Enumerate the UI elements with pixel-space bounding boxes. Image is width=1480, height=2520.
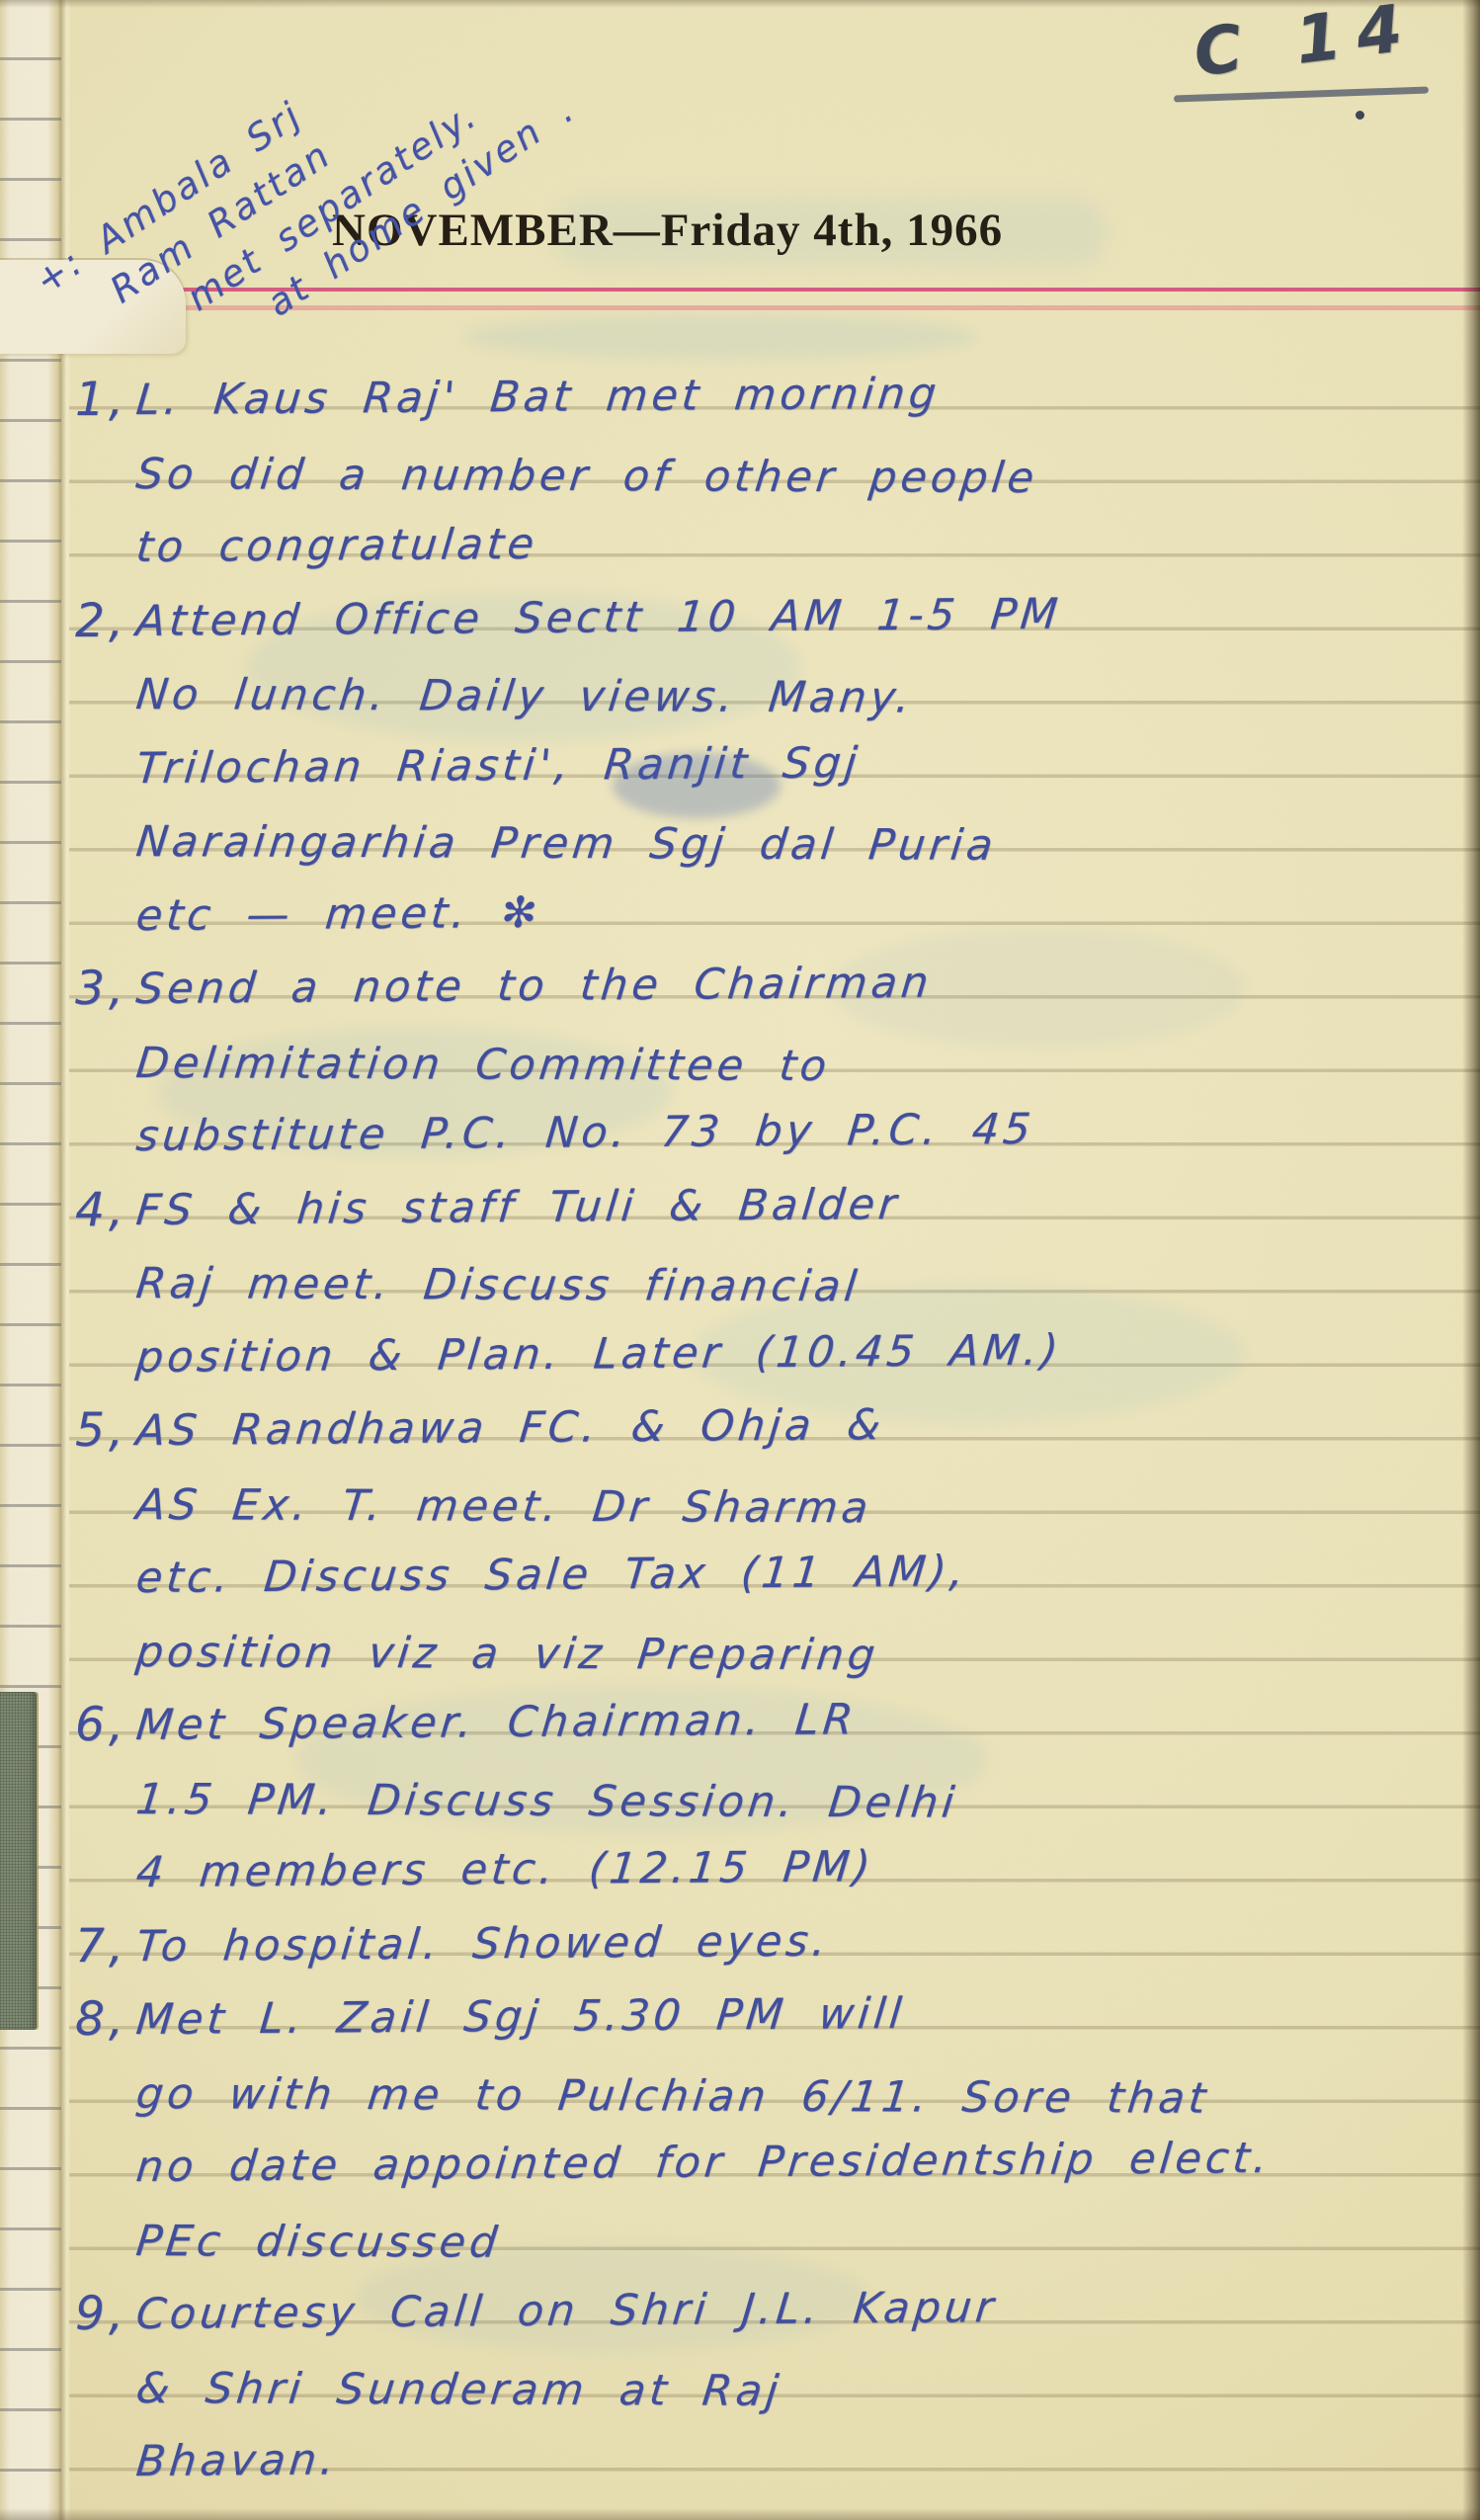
entry-lines: FS & his staff Tuli & BalderRaj meet. Di… xyxy=(136,1174,1470,1395)
handwritten-line: L. Kaus Raj' Bat met morning xyxy=(132,353,1473,437)
handwritten-line: Courtesy Call on Shri J.L. Kapur xyxy=(132,2267,1473,2351)
entry-lines: Met Speaker. Chairman. LR1.5 PM. Discuss… xyxy=(136,1689,1470,1910)
entry-number: 5, xyxy=(75,1394,127,1469)
handwritten-line: Met L. Zail Sgj 5.30 PM will xyxy=(132,1973,1473,2057)
handwritten-line: substitute P.C. No. 73 by P.C. 45 xyxy=(132,1089,1473,1173)
handwritten-line: Bhavan. xyxy=(132,2414,1473,2498)
entry-lines: Courtesy Call on Shri J.L. Kapur& Shri S… xyxy=(136,2278,1470,2499)
diary-page-scan: NOVEMBER—Friday 4th, 1966 C 14 +: Ambala… xyxy=(0,0,1480,2520)
corner-mark-dot xyxy=(1356,111,1364,120)
handwritten-line: Attend Office Sectt 10 AM 1-5 PM xyxy=(132,574,1473,658)
scan-bottom-edge xyxy=(0,2508,1480,2520)
handwritten-line: To hospital. Showed eyes. xyxy=(132,1899,1473,1983)
handwritten-line: Send a note to the Chairman xyxy=(132,942,1473,1026)
handwritten-line: AS Randhawa FC. & Ohja & xyxy=(132,1384,1473,1468)
diary-entries: 1, L. Kaus Raj' Bat met morningSo did a … xyxy=(136,364,1470,2499)
diary-entry: 1, L. Kaus Raj' Bat met morningSo did a … xyxy=(136,364,1470,585)
diary-entry: 4, FS & his staff Tuli & BalderRaj meet.… xyxy=(136,1174,1470,1395)
handwritten-line: to congratulate xyxy=(132,500,1473,584)
entry-number: 8, xyxy=(75,1983,127,2058)
entry-number: 2, xyxy=(75,585,127,659)
handwritten-line: etc — meet. ✻ xyxy=(132,869,1473,953)
diary-entry: 6, Met Speaker. Chairman. LR1.5 PM. Disc… xyxy=(136,1689,1470,1910)
diary-entry: 8, Met L. Zail Sgj 5.30 PM willgo with m… xyxy=(136,1983,1470,2278)
entry-number: 7, xyxy=(75,1910,127,1984)
handwritten-line: 4 members etc. (12.15 PM) xyxy=(132,1825,1473,1909)
diary-entry: 3, Send a note to the ChairmanDelimitati… xyxy=(136,953,1470,1174)
entry-lines: Met L. Zail Sgj 5.30 PM willgo with me t… xyxy=(136,1983,1470,2278)
handwritten-line: FS & his staff Tuli & Balder xyxy=(132,1163,1473,1247)
scan-top-edge xyxy=(0,0,1480,8)
entry-number: 9, xyxy=(75,2278,127,2352)
entry-lines: To hospital. Showed eyes. xyxy=(136,1910,1470,1984)
cloth-tab xyxy=(0,1692,37,2030)
handwritten-line: Trilochan Riasti', Ranjit Sgj xyxy=(132,721,1473,805)
entry-number: 6, xyxy=(75,1689,127,1763)
entry-lines: Attend Office Sectt 10 AM 1-5 PMNo lunch… xyxy=(136,585,1470,954)
entry-number: 1, xyxy=(75,364,127,438)
handwritten-line: position & Plan. Later (10.45 AM.) xyxy=(132,1310,1473,1394)
diary-entry: 7, To hospital. Showed eyes. xyxy=(136,1910,1470,1984)
diary-entry: 2, Attend Office Sectt 10 AM 1-5 PMNo lu… xyxy=(136,585,1470,954)
handwritten-line: etc. Discuss Sale Tax (11 AM), xyxy=(132,1531,1473,1615)
entry-lines: Send a note to the ChairmanDelimitation … xyxy=(136,953,1470,1174)
corner-mark: C 14 xyxy=(1190,0,1422,92)
handwritten-line: no date appointed for Presidentship elec… xyxy=(132,2120,1473,2204)
handwritten-line: Met Speaker. Chairman. LR xyxy=(132,1678,1473,1762)
under-page-edge xyxy=(0,0,61,2520)
entry-lines: AS Randhawa FC. & Ohja &AS Ex. T. meet. … xyxy=(136,1394,1470,1689)
scan-right-edge xyxy=(1462,0,1480,2520)
entry-number: 3, xyxy=(75,953,127,1027)
diary-entry: 5, AS Randhawa FC. & Ohja &AS Ex. T. mee… xyxy=(136,1394,1470,1689)
entry-number: 4, xyxy=(75,1174,127,1248)
diary-entry: 9, Courtesy Call on Shri J.L. Kapur& Shr… xyxy=(136,2278,1470,2499)
entry-lines: L. Kaus Raj' Bat met morningSo did a num… xyxy=(136,364,1470,585)
